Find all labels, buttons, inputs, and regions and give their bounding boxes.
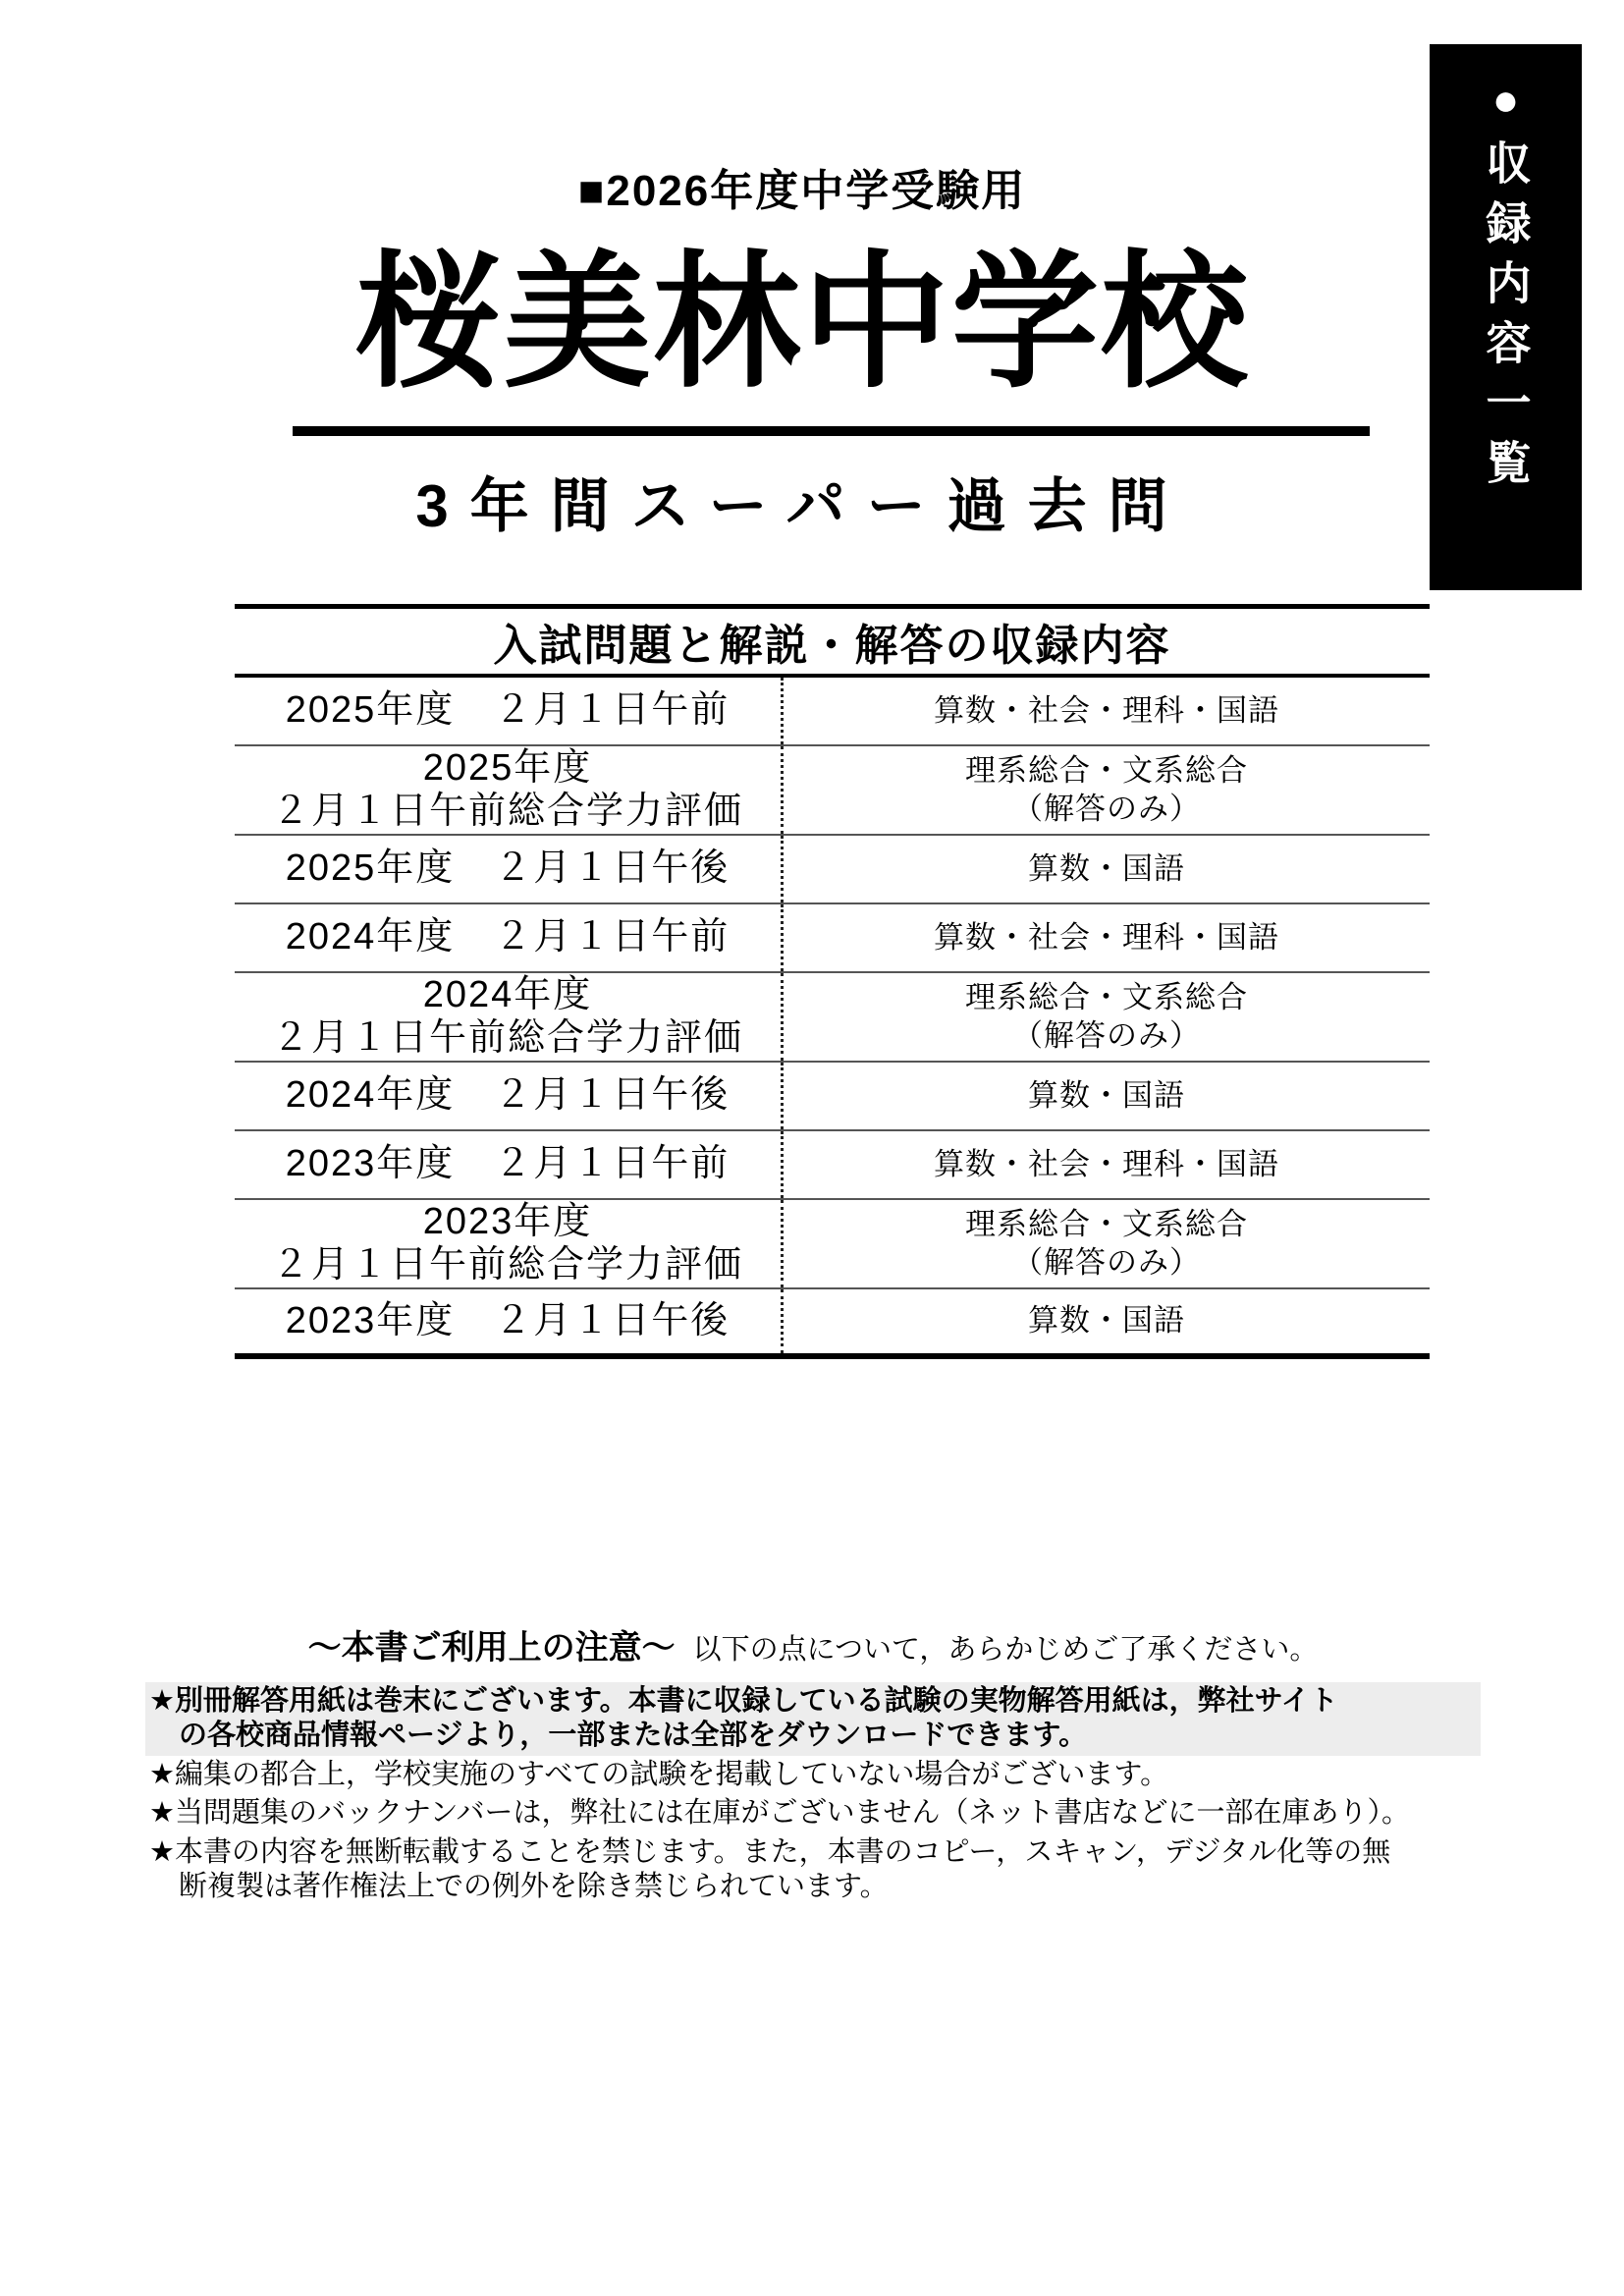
usage-notes-section: ～本書ご利用上の注意～以下の点について，あらかじめご了承ください。 ★別冊解答用… (145, 1620, 1481, 1906)
exam-cell: 2024年度 ２月１日午前 (235, 904, 781, 971)
note-item: ★編集の都合上，学校実施のすべての試験を掲載していない場合がございます。 (145, 1756, 1481, 1794)
subjects-label-line1: 理系総合・文系総合 (965, 1206, 1248, 1244)
table-row: 2024年度 ２月１日午後 算数・国語 (235, 1063, 1430, 1131)
table-row: 2023年度 ２月１日午前総合学力評価 理系総合・文系総合 （解答のみ） (235, 1200, 1430, 1289)
note-line: ★編集の都合上，学校実施のすべての試験を掲載していない場合がございます。 (149, 1758, 1477, 1792)
exam-cell: 2025年度 ２月１日午前 (235, 678, 781, 744)
subjects-label: 算数・社会・理科・国語 (934, 919, 1279, 957)
exam-label-line2: ２月１日午前総合学力評価 (272, 1244, 743, 1287)
title-underline-rule (293, 426, 1370, 436)
contents-banner-label: ●収録内容一覧 (1484, 74, 1529, 499)
note-line: ★本書の内容を無断転載することを禁じます。また，本書のコピー，スキャン，デジタル… (149, 1835, 1477, 1870)
subjects-cell: 算数・社会・理科・国語 (781, 678, 1430, 744)
note-line: 断複製は著作権法上での例外を除き禁じられています。 (149, 1870, 1477, 1904)
exam-label: 2023年度 ２月１日午後 (286, 1300, 731, 1343)
table-row: 2025年度 ２月１日午前総合学力評価 理系総合・文系総合 （解答のみ） (235, 746, 1430, 836)
exam-contents-table: 入試問題と解説・解答の収録内容 2025年度 ２月１日午前 算数・社会・理科・国… (235, 604, 1430, 1359)
exam-cell: 2024年度 ２月１日午後 (235, 1063, 781, 1129)
book-cover-page: ■2026年度中学受験用 桜美林中学校 3年間スーパー過去問 ●収録内容一覧 入… (0, 0, 1624, 2296)
exam-label: 2023年度 ２月１日午前 (286, 1143, 731, 1186)
exam-cell: 2023年度 ２月１日午前 (235, 1131, 781, 1198)
exam-label: 2025年度 ２月１日午前 (286, 689, 731, 733)
subjects-label-line1: 理系総合・文系総合 (965, 752, 1248, 791)
table-row: 2023年度 ２月１日午後 算数・国語 (235, 1289, 1430, 1359)
contents-side-banner: ●収録内容一覧 (1430, 44, 1582, 590)
subjects-label: 算数・社会・理科・国語 (934, 1146, 1279, 1184)
note-line: ★当問題集のバックナンバーは，弊社には在庫がございません（ネット書店などに一部在… (149, 1796, 1477, 1831)
notes-heading: ～本書ご利用上の注意～以下の点について，あらかじめご了承ください。 (145, 1620, 1481, 1668)
subjects-label-line2: （解答のみ） (1012, 1244, 1201, 1283)
table-row: 2024年度 ２月１日午前総合学力評価 理系総合・文系総合 （解答のみ） (235, 973, 1430, 1063)
exam-label-line1: 2024年度 (423, 974, 593, 1017)
subjects-cell: 理系総合・文系総合 （解答のみ） (781, 973, 1430, 1061)
exam-label-line1: 2023年度 (423, 1201, 593, 1244)
note-line: ★別冊解答用紙は巻末にございます。本書に収録している試験の実物解答用紙は，弊社サ… (149, 1684, 1477, 1719)
notes-heading-title: ～本書ご利用上の注意～ (308, 1629, 676, 1667)
exam-label-line2: ２月１日午前総合学力評価 (272, 1017, 743, 1061)
exam-cell: 2024年度 ２月１日午前総合学力評価 (235, 973, 781, 1061)
subjects-label: 算数・国語 (1028, 1302, 1185, 1340)
series-subtitle: 3年間スーパー過去問 (235, 460, 1370, 544)
exam-label-line1: 2025年度 (423, 747, 593, 791)
notes-heading-note: 以下の点について，あらかじめご了承ください。 (693, 1634, 1319, 1666)
subjects-label-line1: 理系総合・文系総合 (965, 979, 1248, 1017)
subjects-label: 算数・国語 (1028, 850, 1185, 889)
exam-label: 2024年度 ２月１日午前 (286, 916, 731, 959)
note-line: の各校商品情報ページより，一部または全部をダウンロードできます。 (149, 1719, 1477, 1753)
subjects-cell: 算数・国語 (781, 1289, 1430, 1353)
subjects-label-line2: （解答のみ） (1012, 1017, 1201, 1056)
subjects-cell: 算数・国語 (781, 1063, 1430, 1129)
exam-cell: 2025年度 ２月１日午前総合学力評価 (235, 746, 781, 834)
edition-label: ■2026年度中学受験用 (235, 155, 1370, 218)
subjects-cell: 算数・社会・理科・国語 (781, 904, 1430, 971)
subjects-cell: 算数・社会・理科・国語 (781, 1131, 1430, 1198)
school-title: 桜美林中学校 (235, 246, 1370, 401)
subjects-cell: 算数・国語 (781, 836, 1430, 902)
subjects-cell: 理系総合・文系総合 （解答のみ） (781, 746, 1430, 834)
subjects-label: 算数・社会・理科・国語 (934, 692, 1279, 731)
table-row: 2025年度 ２月１日午後 算数・国語 (235, 836, 1430, 904)
subjects-cell: 理系総合・文系総合 （解答のみ） (781, 1200, 1430, 1287)
exam-label: 2025年度 ２月１日午後 (286, 847, 731, 891)
table-row: 2024年度 ２月１日午前 算数・社会・理科・国語 (235, 904, 1430, 973)
exam-cell: 2023年度 ２月１日午後 (235, 1289, 781, 1353)
table-row: 2025年度 ２月１日午前 算数・社会・理科・国語 (235, 678, 1430, 746)
note-item: ★本書の内容を無断転載することを禁じます。また，本書のコピー，スキャン，デジタル… (145, 1833, 1481, 1907)
table-row: 2023年度 ２月１日午前 算数・社会・理科・国語 (235, 1131, 1430, 1200)
note-item: ★当問題集のバックナンバーは，弊社には在庫がございません（ネット書店などに一部在… (145, 1794, 1481, 1832)
exam-label-line2: ２月１日午前総合学力評価 (272, 791, 743, 834)
table-header: 入試問題と解説・解答の収録内容 (235, 604, 1430, 678)
exam-label: 2024年度 ２月１日午後 (286, 1074, 731, 1118)
note-item: ★別冊解答用紙は巻末にございます。本書に収録している試験の実物解答用紙は，弊社サ… (145, 1682, 1481, 1756)
exam-cell: 2023年度 ２月１日午前総合学力評価 (235, 1200, 781, 1287)
subjects-label: 算数・国語 (1028, 1077, 1185, 1116)
subjects-label-line2: （解答のみ） (1012, 791, 1201, 829)
exam-cell: 2025年度 ２月１日午後 (235, 836, 781, 902)
